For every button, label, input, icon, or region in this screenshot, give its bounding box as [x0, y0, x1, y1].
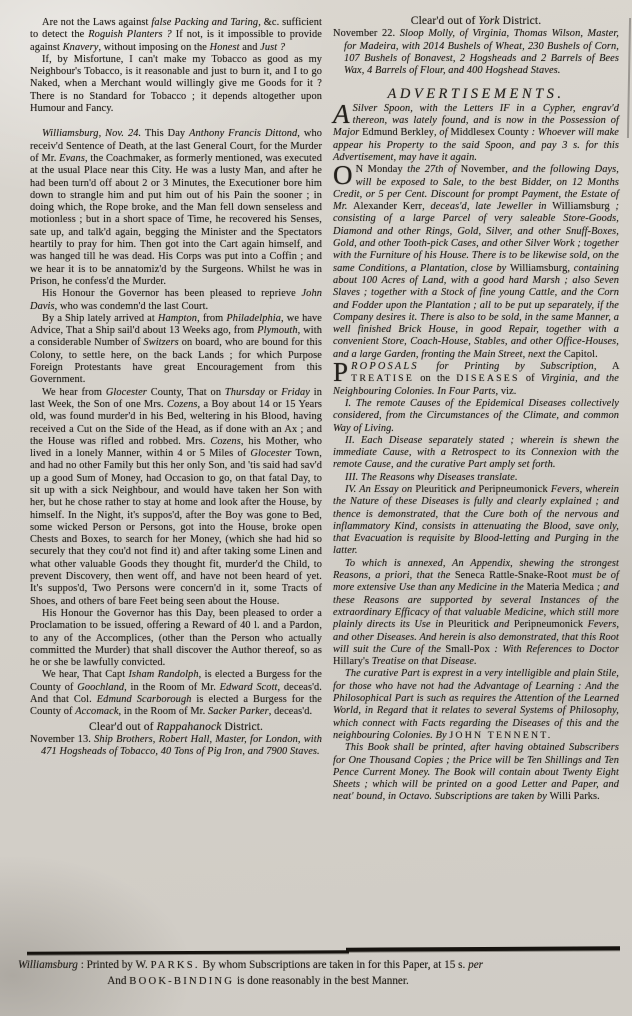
text-segment: , from — [197, 313, 226, 324]
text-segment: PARKS. — [151, 960, 200, 971]
text-segment: Willi Parks. — [550, 791, 600, 802]
text-segment: Honest — [210, 42, 240, 53]
text-segment: viz. — [501, 386, 517, 397]
column-left: Are not the Laws against false Packing a… — [30, 17, 322, 759]
text-segment: false Packing and Taring — [151, 17, 258, 28]
text-segment: Pleuritick — [415, 484, 456, 495]
text-segment: of — [520, 373, 541, 384]
text-segment: II. Each Disease separately stated ; whe… — [333, 435, 619, 471]
text-segment: Hampton — [158, 313, 197, 324]
text-segment: By whom Subscriptions are taken in for t… — [200, 959, 468, 971]
text-segment: , of — [434, 127, 450, 138]
text-segment: Materia Medica — [527, 582, 594, 593]
paragraph: His Honour the Governor has this Day, be… — [30, 608, 322, 669]
text-segment: Anthony Francis Dittond — [189, 128, 297, 139]
text-segment: and — [489, 619, 514, 630]
paragraph: His Honour the Governor has been pleased… — [30, 288, 322, 313]
text-segment: Treatise on that Disease. — [369, 656, 477, 667]
text-segment: Edmund Berkley — [362, 127, 434, 138]
footer-rule-left — [27, 950, 349, 954]
text-segment: This Day — [141, 128, 189, 139]
text-segment: TREATISE — [351, 373, 414, 384]
newspaper-page: Are not the Laws against false Packing a… — [0, 0, 632, 1016]
text-segment: Edmund Scarborough — [97, 694, 192, 705]
text-segment: Alexander Kerr — [353, 201, 422, 212]
text-segment: Peripneumonick — [479, 484, 548, 495]
section-heading: Clear'd out of York District. — [333, 15, 619, 27]
text-segment: Goochland — [77, 682, 124, 693]
text-segment: : With References to Doctor — [490, 644, 619, 655]
text-segment: N Monday — [356, 164, 408, 175]
text-segment: Isham Randolph — [129, 669, 199, 680]
text-segment: , containing about 100 Acres of Land, wi… — [333, 263, 619, 360]
text-segment: His Honour the Governor has been pleased… — [42, 288, 301, 299]
text-segment: I. The remote Causes of the Epidemical D… — [333, 398, 619, 434]
paragraph: IV. An Essay on Pleuritick and Peripneum… — [333, 484, 619, 558]
paragraph: The curative Part is exprest in a very i… — [333, 668, 619, 742]
paragraph: We hear, That Capt Isham Randolph, is el… — [30, 669, 322, 718]
paragraph: If, by Misfortune, I can't make my Tobac… — [30, 54, 322, 115]
text-segment: Williamsburg — [552, 201, 609, 212]
text-segment: His Honour the Governor has this Day, be… — [30, 608, 322, 668]
paragraph: PROPOSALS for Printing by Subscription, … — [333, 361, 619, 398]
drop-cap: P — [333, 361, 351, 383]
text-segment: November — [461, 164, 505, 175]
paragraph: Are not the Laws against false Packing a… — [30, 17, 322, 54]
text-segment: Cozens — [210, 436, 241, 447]
text-segment: A — [612, 361, 619, 372]
text-segment: Switzers — [143, 337, 178, 348]
text-segment: DISEASES — [456, 373, 519, 384]
paragraph: I. The remote Causes of the Epidemical D… — [333, 398, 619, 435]
text-segment: , the Coachmaker, as formerly mentioned,… — [30, 153, 322, 287]
text-segment: Evans — [59, 153, 85, 164]
paragraph: This Book shall be printed, after having… — [333, 742, 619, 803]
text-segment: , in the Room of Mr. — [119, 706, 208, 717]
text-segment: Cozens — [167, 399, 198, 410]
text-segment: for Printing by Subscription, — [436, 361, 612, 372]
text-segment: Are not the Laws against — [42, 17, 151, 28]
footer-rule-right — [346, 946, 620, 951]
text-segment: Glocester — [106, 387, 147, 398]
text-segment: Clear'd out of — [411, 14, 479, 27]
text-segment: York — [478, 14, 499, 27]
text-segment: , in the Room of Mr. — [124, 682, 220, 693]
text-segment: Virginia — [541, 373, 575, 384]
paragraph: III. The Reasons why Diseases translate. — [333, 472, 619, 484]
drop-cap: A — [333, 103, 353, 125]
paragraph: ON Monday the 27th of November, and the … — [333, 164, 619, 361]
text-segment: on the — [414, 373, 456, 384]
text-segment: Williamsburg — [18, 959, 78, 971]
text-segment: BOOK-BINDING — [129, 976, 234, 987]
text-segment: JOHN TENNENT. — [449, 730, 552, 741]
text-segment: and — [457, 484, 479, 495]
paragraph: November 13. Ship Brothers, Robert Hall,… — [30, 734, 322, 759]
column-right: Clear'd out of York District.November 22… — [333, 13, 619, 804]
text-segment: , deceas'd. — [269, 706, 312, 717]
text-segment: And — [107, 975, 129, 987]
paragraph: By a Ship lately arrived at Hampton, fro… — [30, 313, 322, 387]
text-segment: Pleuritick — [448, 619, 489, 630]
text-segment: By a Ship lately arrived at — [42, 313, 158, 324]
text-segment: District. — [500, 14, 542, 27]
text-segment: and — [240, 42, 261, 53]
text-segment: We hear from — [42, 387, 106, 398]
text-segment: Williamsburg, Nov. 24. — [42, 128, 141, 139]
text-segment: If, by Misfortune, I can't make my Tobac… — [30, 54, 322, 114]
text-segment: Seneca Rattle-Snake-Root — [455, 570, 568, 581]
text-segment: IV. An Essay on — [345, 484, 415, 495]
text-segment: , deceas'd, late Jeweller in — [422, 201, 552, 212]
text-segment: ADVERTISEMENTS. — [388, 86, 565, 102]
text-segment: Rappahanock — [157, 720, 222, 733]
imprint-line-2: And BOOK-BINDING is done reasonably in t… — [18, 974, 618, 990]
text-segment: Edward Scott — [220, 682, 278, 693]
text-segment: Williamsburg — [510, 263, 567, 274]
section-heading: Clear'd out of Rappahanock District. — [30, 721, 322, 733]
text-segment: , who was condemn'd the last Court. — [55, 301, 209, 312]
text-segment: Philadelphia — [226, 313, 281, 324]
paragraph: We hear from Glocester County, That on T… — [30, 387, 322, 608]
text-segment: Hillary's — [333, 656, 369, 667]
text-segment: November 13. — [30, 734, 94, 745]
text-segment: District. — [221, 720, 263, 733]
text-segment: November 22. — [333, 28, 400, 39]
text-segment: We hear, That Capt — [42, 669, 129, 680]
paragraph: II. Each Disease separately stated ; whe… — [333, 435, 619, 472]
text-segment: Capitol. — [564, 349, 598, 360]
text-segment: Sacker Parker — [208, 706, 269, 717]
paragraph: November 22. Sloop Molly, of Virginia, T… — [333, 28, 619, 77]
text-segment: ROPOSALS — [351, 361, 436, 372]
advertisements-heading: ADVERTISEMENTS. — [333, 88, 619, 100]
drop-cap: O — [333, 164, 356, 186]
imprint-line-1: Williamsburg : Printed by W. PARKS. By w… — [18, 958, 618, 974]
text-segment: : Printed by W. — [78, 959, 151, 971]
text-segment: is done reasonably in the best Manner. — [234, 975, 409, 987]
text-segment: Sloop Molly, of Virginia, — [400, 28, 514, 39]
text-segment: , without imposing on the — [98, 42, 209, 53]
text-segment: Clear'd out of — [89, 720, 157, 733]
text-segment: Knavery — [63, 42, 99, 53]
text-segment: Plymouth — [257, 325, 297, 336]
text-segment: Small-Pox — [445, 644, 490, 655]
text-segment: Roguish Planters ? — [88, 29, 172, 40]
printer-imprint: Williamsburg : Printed by W. PARKS. By w… — [18, 958, 618, 989]
text-segment: Just ? — [260, 42, 285, 53]
text-segment: Glocester — [250, 448, 291, 459]
text-segment: Friday — [281, 387, 310, 398]
paragraph: To which is annexed, An Appendix, shewin… — [333, 558, 619, 669]
text-segment: Thomas Wilson — [514, 28, 581, 39]
text-segment: III. The Reasons why Diseases translate. — [345, 472, 518, 483]
text-segment: Middlesex County — [450, 127, 528, 138]
text-segment: Accomack — [75, 706, 118, 717]
text-segment: per — [468, 959, 483, 971]
paragraph: Williamsburg, Nov. 24. This Day Anthony … — [30, 128, 322, 288]
text-segment: or — [265, 387, 281, 398]
text-segment: County, That on — [147, 387, 225, 398]
text-segment: Peripneumonick — [514, 619, 583, 630]
paragraph: ASilver Spoon, with the Letters IF in a … — [333, 103, 619, 164]
text-segment: the 27th of — [407, 164, 460, 175]
text-segment: Thursday — [225, 387, 265, 398]
text-segment: Town, and had no other Family but this h… — [30, 448, 322, 607]
